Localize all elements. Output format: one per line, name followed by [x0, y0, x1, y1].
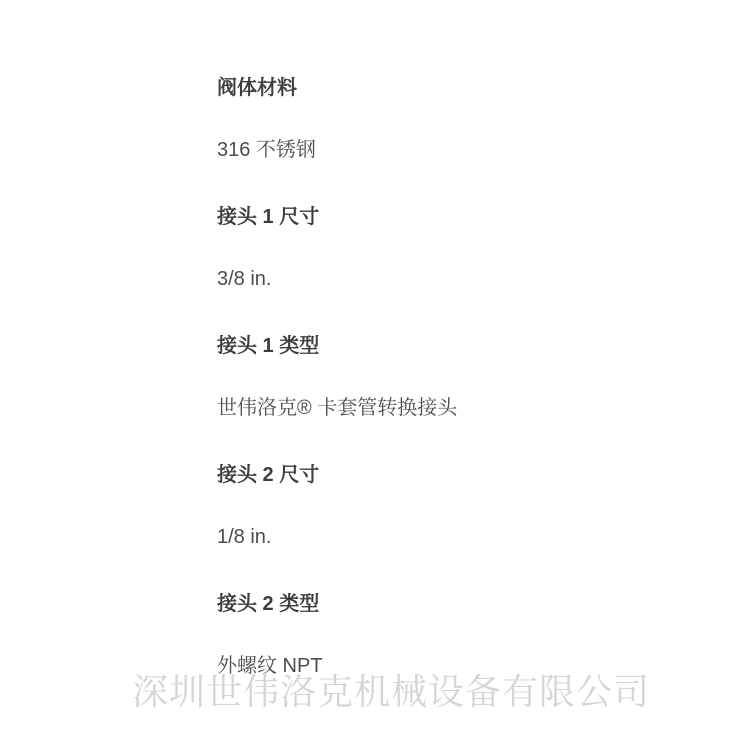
spec-label-connection-2-size: 接头 2 尺寸	[217, 461, 457, 489]
spec-value-body-material: 316 不锈钢	[217, 136, 457, 164]
spec-value-connection-1-type: 世伟洛克® 卡套管转换接头	[217, 394, 457, 422]
spec-value-connection-2-size: 1/8 in.	[217, 523, 457, 551]
spec-item-connection-2-size: 接头 2 尺寸 1/8 in.	[217, 461, 457, 551]
spec-attribute-list: 阀体材料 316 不锈钢 接头 1 尺寸 3/8 in. 接头 1 类型 世伟洛…	[217, 74, 457, 719]
spec-label-connection-1-type: 接头 1 类型	[217, 332, 457, 360]
spec-label-connection-2-type: 接头 2 类型	[217, 590, 457, 618]
spec-label-connection-1-size: 接头 1 尺寸	[217, 203, 457, 231]
spec-item-connection-1-size: 接头 1 尺寸 3/8 in.	[217, 203, 457, 293]
product-spec-page: 阀体材料 316 不锈钢 接头 1 尺寸 3/8 in. 接头 1 类型 世伟洛…	[0, 0, 750, 750]
spec-item-connection-2-type: 接头 2 类型 外螺纹 NPT	[217, 590, 457, 680]
spec-item-body-material: 阀体材料 316 不锈钢	[217, 74, 457, 164]
spec-value-connection-2-type: 外螺纹 NPT	[217, 652, 457, 680]
spec-label-body-material: 阀体材料	[217, 74, 457, 102]
spec-item-connection-1-type: 接头 1 类型 世伟洛克® 卡套管转换接头	[217, 332, 457, 422]
spec-value-connection-1-size: 3/8 in.	[217, 265, 457, 293]
